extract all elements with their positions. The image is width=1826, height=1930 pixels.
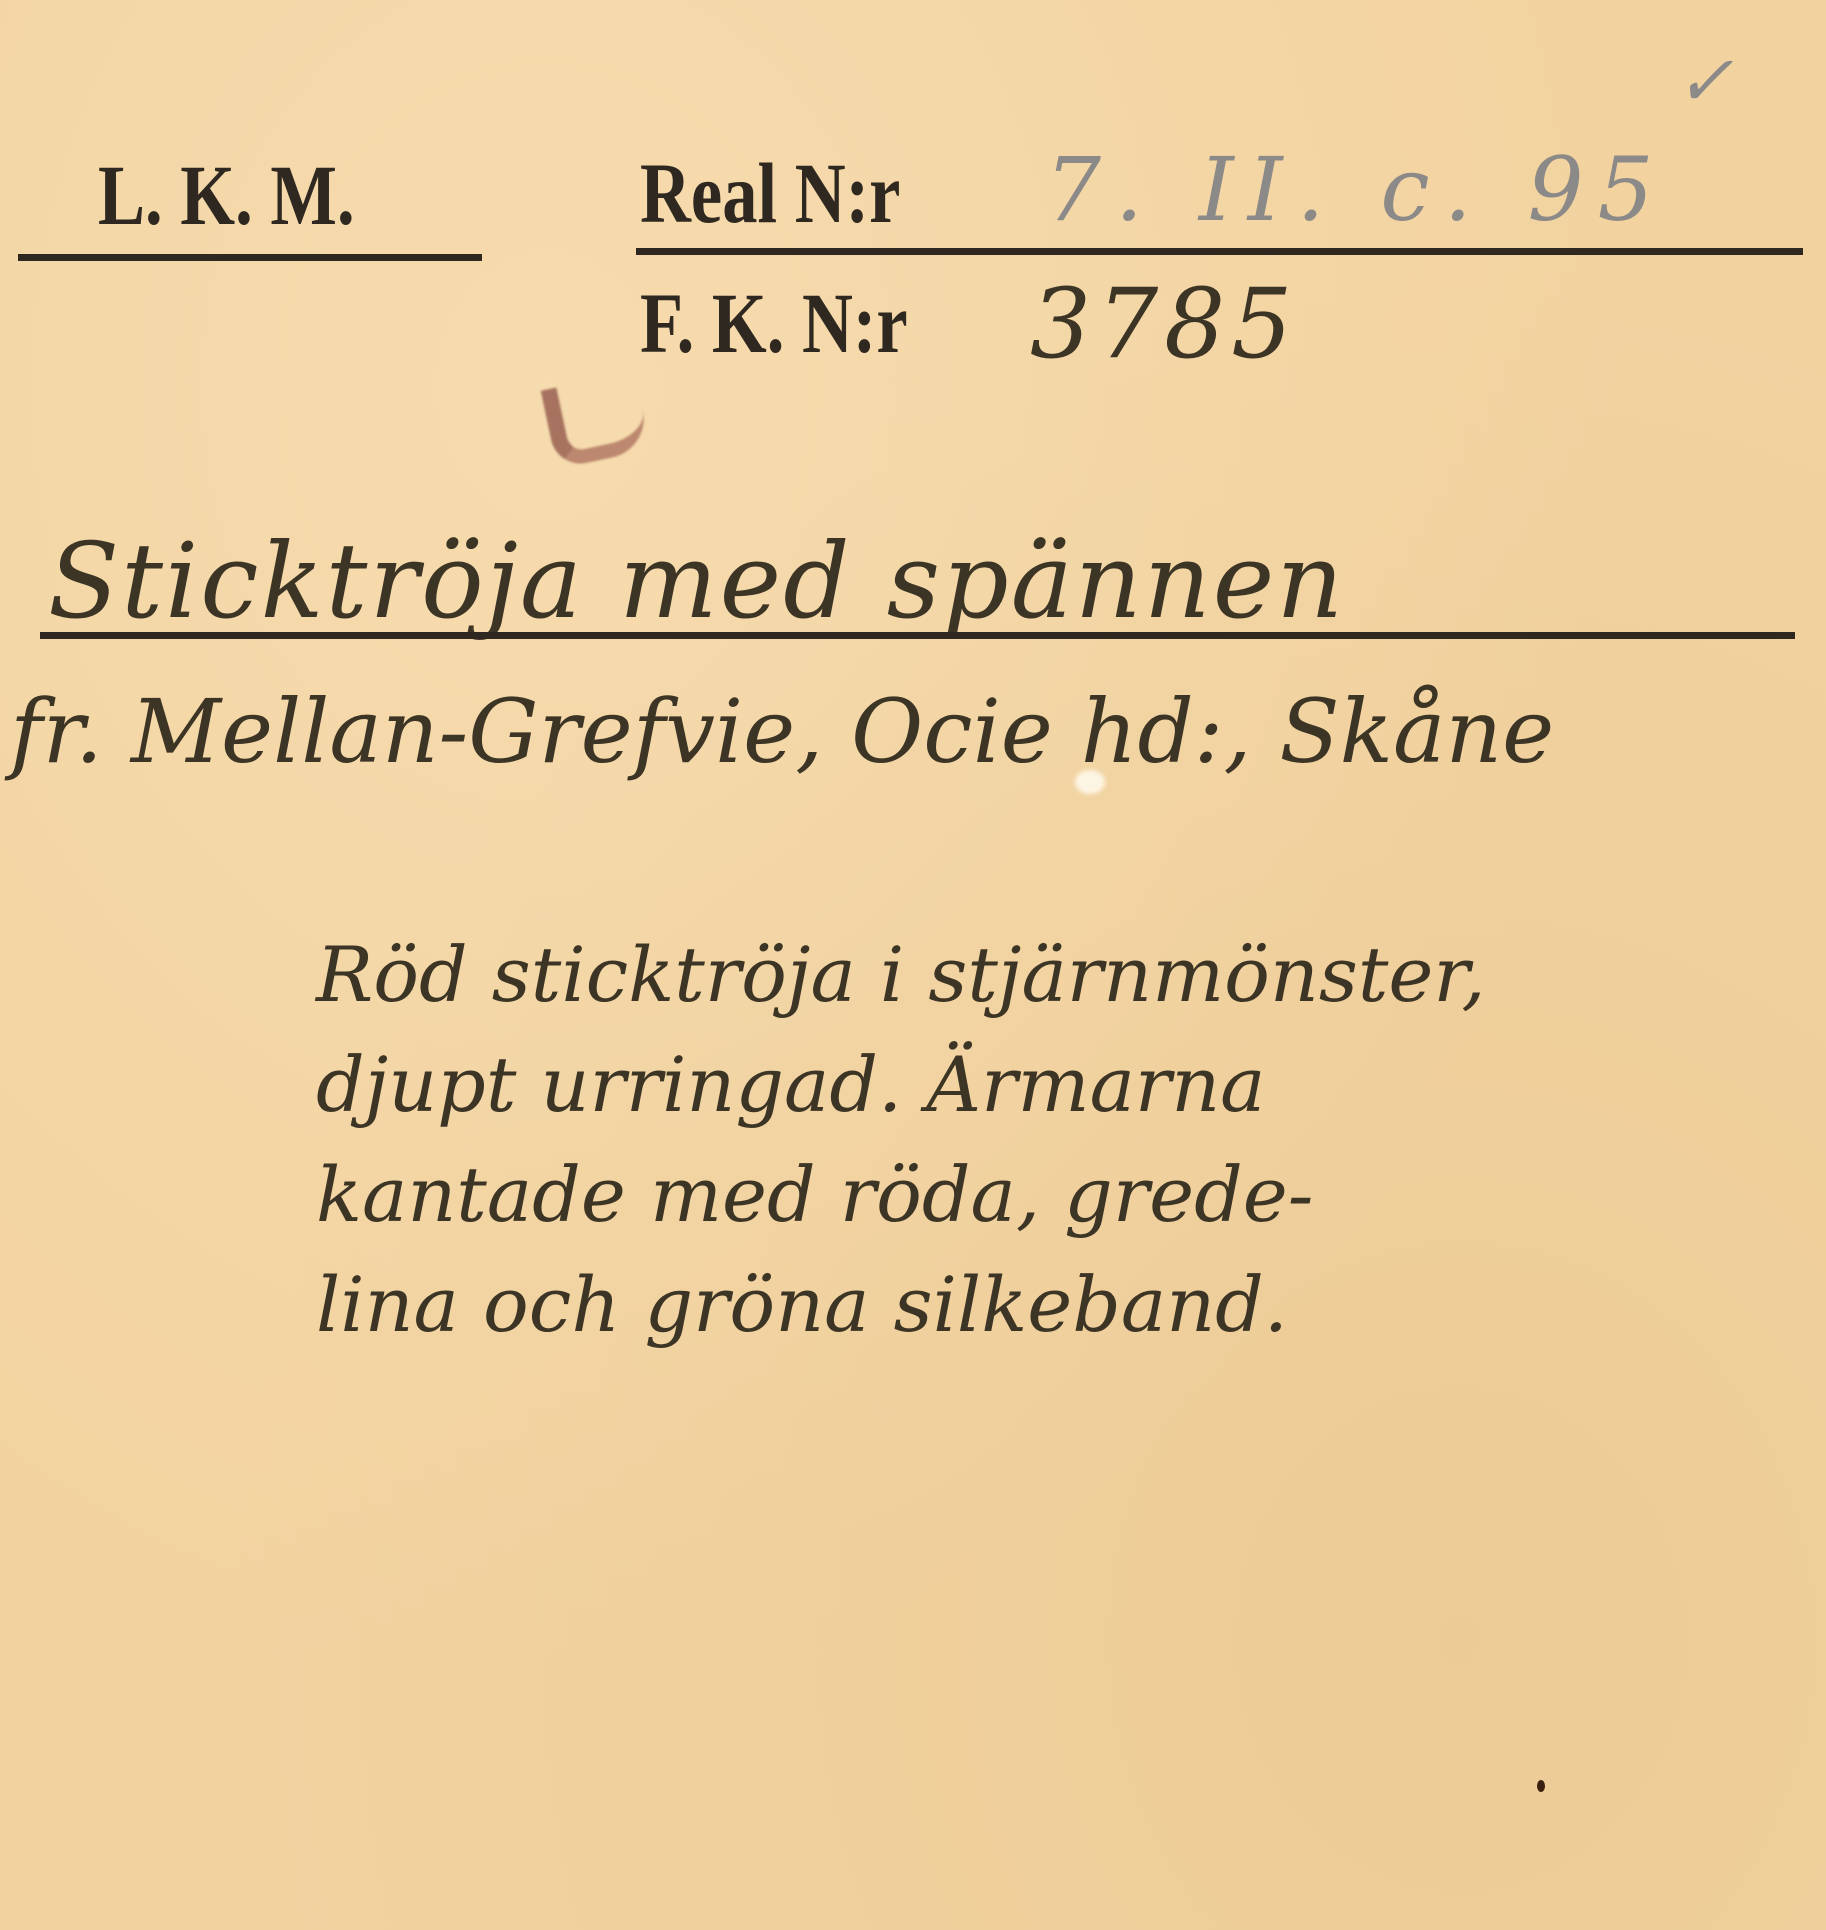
fk-nr-value: 3785 (1030, 268, 1298, 380)
real-nr-label: Real N:r (640, 150, 900, 236)
title-rule (40, 632, 1795, 639)
paper-speck (1075, 770, 1105, 794)
ink-dot (1537, 1780, 1545, 1792)
institution-rule (18, 254, 482, 261)
real-nr-rule (636, 248, 1803, 255)
provenance: fr. Mellan-Grefvie, Ocie hd:, Skåne (10, 680, 1554, 783)
red-crayon-mark (541, 371, 652, 469)
description-line-4: lina och gröna silkeband. (316, 1260, 1288, 1349)
description-line-1: Röd sticktröja i stjärnmönster, (316, 930, 1486, 1019)
catalog-card: L. K. M. Real N:r 7. II. c. 95 ✓ F. K. N… (0, 0, 1826, 1930)
fk-nr-label: F. K. N:r (640, 280, 908, 366)
object-title: Sticktröja med spännen (48, 520, 1345, 642)
institution-label: L. K. M. (98, 152, 355, 238)
description-line-3: kantade med röda, grede- (316, 1150, 1313, 1239)
description-line-2: djupt urringad. Ärmarna (316, 1040, 1265, 1129)
real-nr-value: 7. II. c. 95 (1045, 138, 1668, 241)
check-mark-icon: ✓ (1675, 40, 1734, 122)
